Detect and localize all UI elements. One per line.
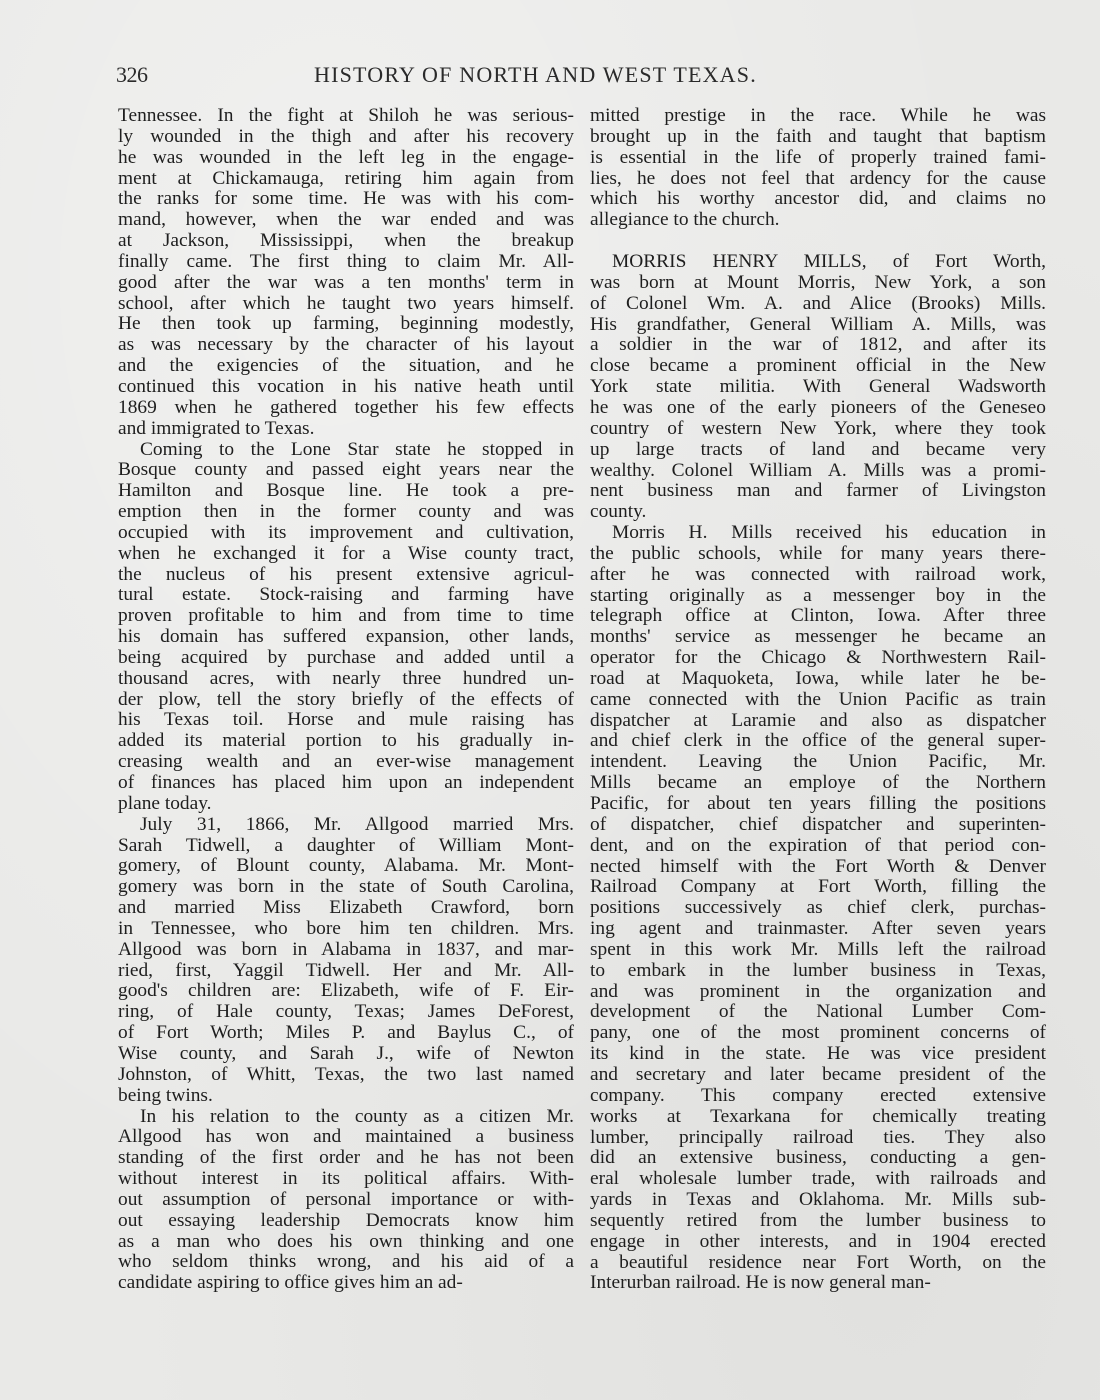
text-line: July 31, 1866, Mr. Allgood married Mrs. [118,815,574,836]
text-line: development of the National Lumber Com- [590,1002,1046,1023]
text-line: Johnston, of Whitt, Texas, the two last … [118,1065,574,1086]
text-line: after he was connected with railroad wor… [590,565,1046,586]
text-line: dent, and on the expiration of that peri… [590,836,1046,857]
text-line: and immigrated to Texas. [118,419,574,440]
text-line: continued this vocation in his native he… [118,377,574,398]
paragraph-gap [590,231,1046,252]
text-line: Tennessee. In the fight at Shiloh he was… [118,106,574,127]
text-line: and was prominent in the organization an… [590,982,1046,1003]
text-line: did an extensive business, conducting a … [590,1148,1046,1169]
text-line: the public schools, while for many years… [590,544,1046,565]
text-line: Bosque county and passed eight years nea… [118,460,574,481]
text-line: York state militia. With General Wadswor… [590,377,1046,398]
paragraph: MORRIS HENRY MILLS, of Fort Worth,was bo… [590,252,1046,523]
text-line: lumber, principally railroad ties. They … [590,1128,1046,1149]
text-line: works at Texarkana for chemically treati… [590,1107,1046,1128]
paragraph: July 31, 1866, Mr. Allgood married Mrs.S… [118,815,574,1107]
text-line: of finances has placed him upon an indep… [118,773,574,794]
text-line: Mills became an employe of the Northern [590,773,1046,794]
text-line: county. [590,502,1046,523]
text-line: came connected with the Union Pacific as… [590,690,1046,711]
text-line: operator for the Chicago & Northwestern … [590,648,1046,669]
text-line: lies, he does not feel that ardency for … [590,169,1046,190]
text-line: engage in other interests, and in 1904 e… [590,1232,1046,1253]
running-title: HISTORY OF NORTH AND WEST TEXAS. [314,62,757,88]
text-line: close became a prominent official in the… [590,356,1046,377]
text-line: wealthy. Colonel William A. Mills was a … [590,461,1046,482]
text-line: Wise county, and Sarah J., wife of Newto… [118,1044,574,1065]
text-line: Hamilton and Bosque line. He took a pre- [118,481,574,502]
text-line: of dispatcher, chief dispatcher and supe… [590,815,1046,836]
paragraph: Tennessee. In the fight at Shiloh he was… [118,106,574,440]
text-line: mitted prestige in the race. While he wa… [590,106,1046,127]
paragraph: mitted prestige in the race. While he wa… [590,106,1046,231]
text-line: of Colonel Wm. A. and Alice (Brooks) Mil… [590,294,1046,315]
text-line: a soldier in the war of 1812, and after … [590,335,1046,356]
text-line: spent in this work Mr. Mills left the ra… [590,940,1046,961]
text-line: positions successively as chief clerk, p… [590,898,1046,919]
text-line: der plow, tell the story briefly of the … [118,690,574,711]
text-line: gomery, of Blount county, Alabama. Mr. M… [118,856,574,877]
right-column: mitted prestige in the race. While he wa… [590,106,1046,1294]
text-line: Allgood has won and maintained a busines… [118,1127,574,1148]
text-line: his domain has suffered expansion, other… [118,627,574,648]
text-line: standing of the first order and he has n… [118,1148,574,1169]
text-line: eral wholesale lumber trade, with railro… [590,1169,1046,1190]
paragraph: Morris H. Mills received his education i… [590,523,1046,1294]
text-line: added its material portion to his gradua… [118,731,574,752]
text-line: yards in Texas and Oklahoma. Mr. Mills s… [590,1190,1046,1211]
paragraph: Coming to the Lone Star state he stopped… [118,440,574,815]
text-line: Pacific, for about ten years filling the… [590,794,1046,815]
text-line: MORRIS HENRY MILLS, of Fort Worth, [590,252,1046,273]
text-line: and married Miss Elizabeth Crawford, bor… [118,898,574,919]
text-line: ly wounded in the thigh and after his re… [118,127,574,148]
text-line: school, after which he taught two years … [118,294,574,315]
text-line: He then took up farming, beginning modes… [118,314,574,335]
text-line: its kind in the state. He was vice presi… [590,1044,1046,1065]
text-line: 1869 when he gathered together his few e… [118,398,574,419]
text-line: good's children are: Elizabeth, wife of … [118,981,574,1002]
text-line: finally came. The first thing to claim M… [118,252,574,273]
text-line: Coming to the Lone Star state he stopped… [118,440,574,461]
text-line: dispatcher at Laramie and also as dispat… [590,711,1046,732]
text-line: road at Maquoketa, Iowa, while later he … [590,669,1046,690]
text-line: Allgood was born in Alabama in 1837, and… [118,940,574,961]
text-line: allegiance to the church. [590,210,1046,231]
text-line: ing agent and trainmaster. After seven y… [590,919,1046,940]
text-line: In his relation to the county as a citiz… [118,1107,574,1128]
text-line: Railroad Company at Fort Worth, filling … [590,877,1046,898]
text-line: Sarah Tidwell, a daughter of William Mon… [118,836,574,857]
text-line: months' service as messenger he became a… [590,627,1046,648]
text-line: intendent. Leaving the Union Pacific, Mr… [590,752,1046,773]
text-line: is essential in the life of properly tra… [590,148,1046,169]
text-line: ring, of Hale county, Texas; James DeFor… [118,1002,574,1023]
text-line: occupied with its improvement and cultiv… [118,523,574,544]
text-line: out essaying leadership Democrats know h… [118,1211,574,1232]
text-line: company. This company erected extensive [590,1086,1046,1107]
text-line: pany, one of the most prominent concerns… [590,1023,1046,1044]
text-line: out assumption of personal importance or… [118,1190,574,1211]
document-page: 326 HISTORY OF NORTH AND WEST TEXAS. Ten… [0,0,1100,1400]
text-line: nent business man and farmer of Livingst… [590,481,1046,502]
text-line: good after the war was a ten months' ter… [118,273,574,294]
text-line: as a man who does his own thinking and o… [118,1232,574,1253]
text-line: ment at Chickamauga, retiring him again … [118,169,574,190]
text-line: candidate aspiring to office gives him a… [118,1273,574,1294]
text-line: as was necessary by the character of his… [118,335,574,356]
text-line: sequently retired from the lumber busine… [590,1211,1046,1232]
text-line: telegraph office at Clinton, Iowa. After… [590,606,1046,627]
text-line: plane today. [118,794,574,815]
text-line: being acquired by purchase and added unt… [118,648,574,669]
left-column: Tennessee. In the fight at Shiloh he was… [118,106,574,1294]
text-line: up large tracts of land and became very [590,440,1046,461]
text-line: and secretary and later became president… [590,1065,1046,1086]
text-line: who seldom thinks wrong, and his aid of … [118,1252,574,1273]
text-line: country of western New York, where they … [590,419,1046,440]
text-line: a beautiful residence near Fort Worth, o… [590,1253,1046,1274]
text-line: in Tennessee, who bore him ten children.… [118,919,574,940]
text-line: mand, however, when the war ended and wa… [118,210,574,231]
text-line: His grandfather, General William A. Mill… [590,315,1046,336]
text-line: when he exchanged it for a Wise county t… [118,544,574,565]
text-line: Interurban railroad. He is now general m… [590,1273,1046,1294]
text-line: brought up in the faith and taught that … [590,127,1046,148]
text-line: he was one of the early pioneers of the … [590,398,1046,419]
text-line: thousand acres, with nearly three hundre… [118,669,574,690]
page-header: 326 HISTORY OF NORTH AND WEST TEXAS. [116,62,1056,92]
text-line: he was wounded in the left leg in the en… [118,148,574,169]
text-line: nected himself with the Fort Worth & Den… [590,857,1046,878]
text-line: his Texas toil. Horse and mule raising h… [118,710,574,731]
text-line: and chief clerk in the office of the gen… [590,731,1046,752]
text-line: gomery was born in the state of South Ca… [118,877,574,898]
text-line: creasing wealth and an ever-wise managem… [118,752,574,773]
text-line: at Jackson, Mississippi, when the breaku… [118,231,574,252]
text-line: to embark in the lumber business in Texa… [590,961,1046,982]
paragraph: In his relation to the county as a citiz… [118,1107,574,1295]
text-line: which his worthy ancestor did, and claim… [590,189,1046,210]
text-line: the nucleus of his present extensive agr… [118,565,574,586]
page-number: 326 [116,62,148,88]
text-line: of Fort Worth; Miles P. and Baylus C., o… [118,1023,574,1044]
text-line: Morris H. Mills received his education i… [590,523,1046,544]
text-line: starting originally as a messenger boy i… [590,586,1046,607]
text-line: without interest in its political affair… [118,1169,574,1190]
text-line: tural estate. Stock-raising and farming … [118,585,574,606]
text-line: and the exigencies of the situation, and… [118,356,574,377]
text-line: was born at Mount Morris, New York, a so… [590,273,1046,294]
text-line: the ranks for some time. He was with his… [118,189,574,210]
text-line: being twins. [118,1086,574,1107]
text-line: ried, first, Yaggil Tidwell. Her and Mr.… [118,961,574,982]
text-line: emption then in the former county and wa… [118,502,574,523]
text-line: proven profitable to him and from time t… [118,606,574,627]
